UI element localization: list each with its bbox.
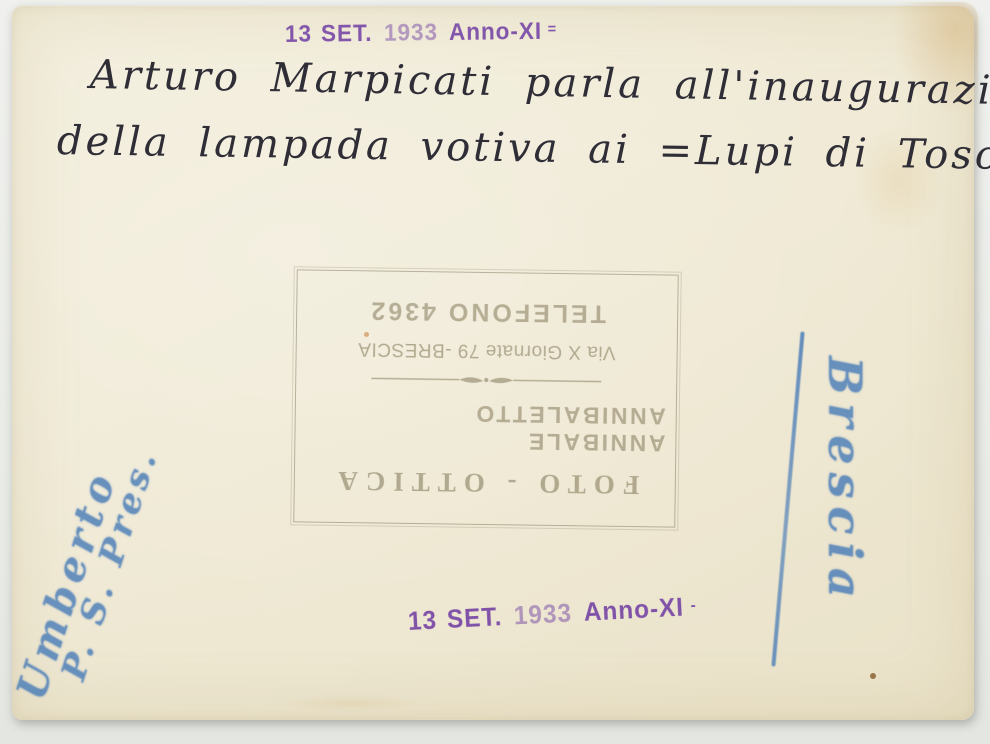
stamp-shop-name: ANNIBALE ANNIBALETTO — [305, 397, 666, 456]
photographer-stamp: FOTO - OTTICA ANNIBALE ANNIBALETTO Via X… — [293, 269, 678, 527]
date-stamp-bottom: 13 SET. 1933 Anno-XI- — [407, 591, 696, 637]
date-month: SET. — [321, 20, 373, 49]
stamp-shop-phone: TELEFONO 4362 — [368, 295, 606, 327]
date-year: 1933 — [513, 597, 573, 631]
date-day: 13 — [285, 21, 312, 49]
caption-line-1: Arturo Marpicati parla all'inaugurazione — [90, 52, 990, 115]
rust-speck — [870, 673, 876, 679]
date-era: Anno-XI — [583, 592, 685, 628]
paper-smudge-bottom — [282, 694, 422, 712]
stamp-shop-address: Via X Giornate 79 -BRESCIA — [358, 337, 616, 363]
blue-pencil-stroke — [771, 331, 804, 666]
stamp-shop-type: FOTO - OTTICA — [330, 465, 639, 500]
date-day: 13 — [407, 605, 438, 637]
date-era-mark: = — [548, 22, 557, 38]
date-year: 1933 — [384, 19, 438, 48]
date-month: SET. — [446, 601, 503, 635]
ornament-divider-icon — [371, 373, 601, 388]
blue-pencil-word-right: Brescia — [818, 352, 872, 610]
photo-verso-paper: 13 SET. 1933 Anno-XI= Arturo Marpicati p… — [12, 6, 974, 720]
date-era: Anno-XI — [449, 18, 542, 47]
date-era-mark: - — [690, 596, 696, 614]
caption-line-2: della lampada votiva ai =Lupi di Toscana… — [57, 118, 990, 181]
date-stamp-top: 13 SET. 1933 Anno-XI= — [285, 18, 557, 49]
